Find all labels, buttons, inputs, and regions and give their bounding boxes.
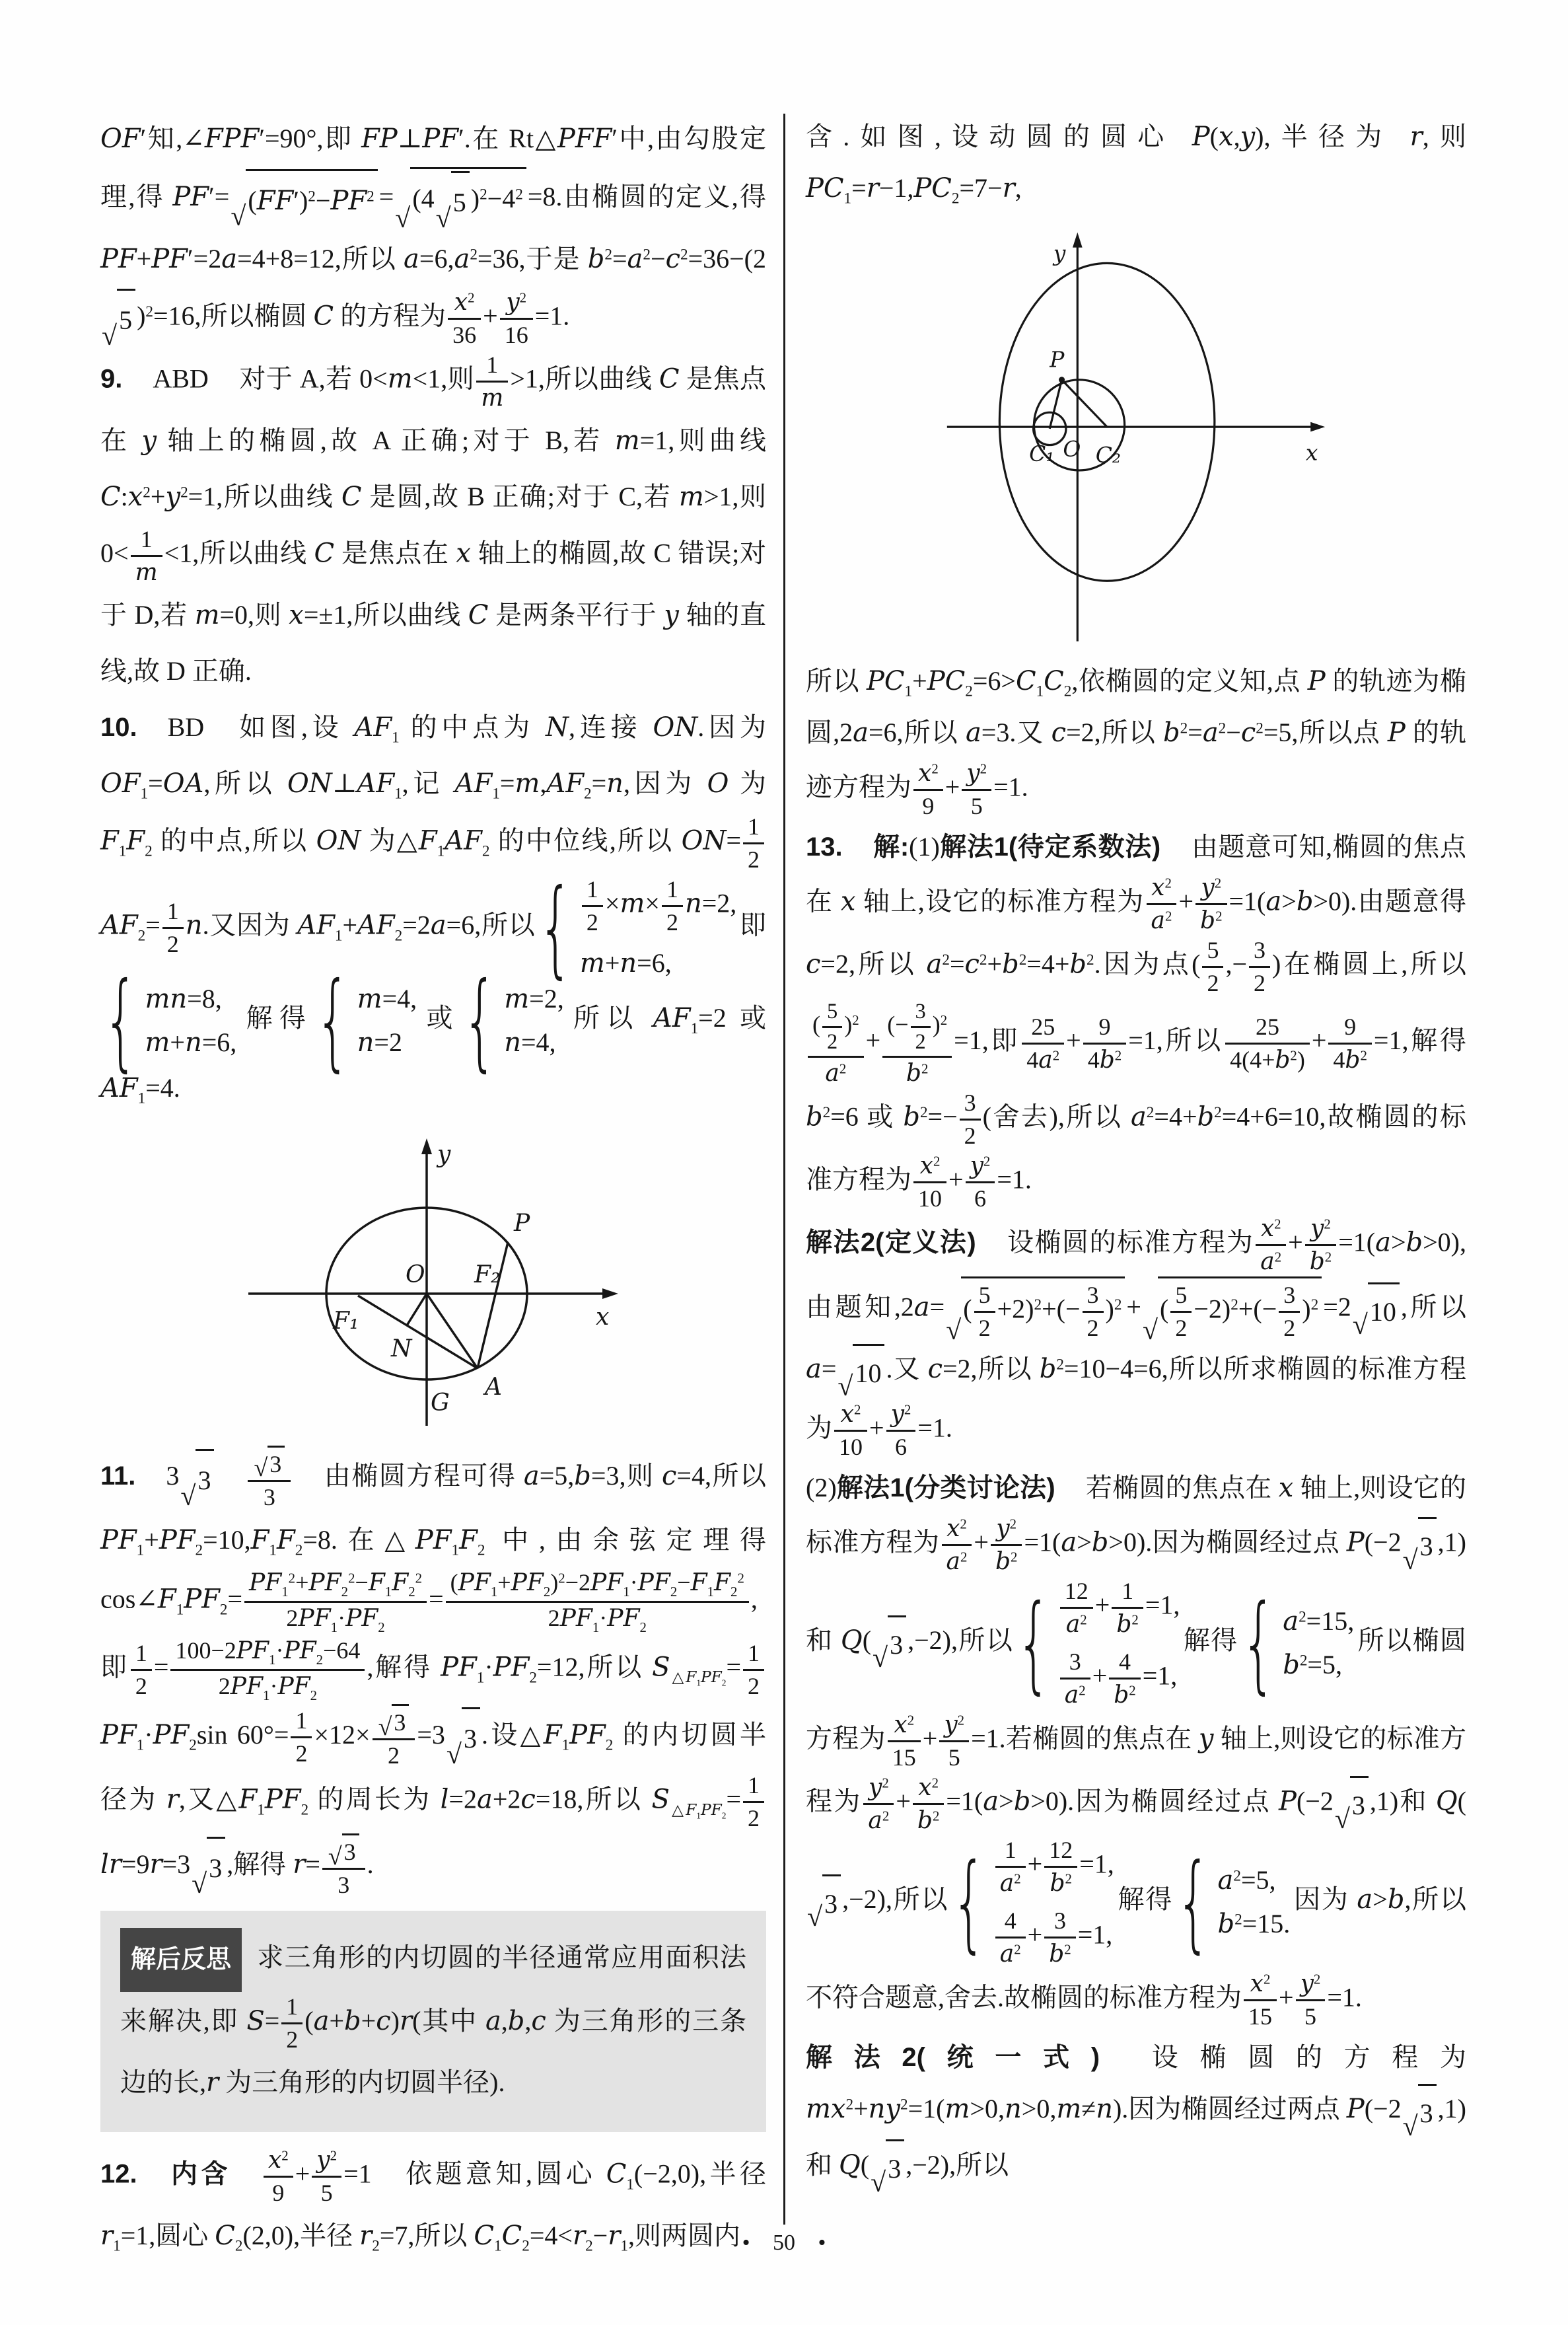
reflection-label: 解后反思 [120,1928,242,1992]
y-axis-arrow-icon [421,1138,432,1154]
x-axis-arrow-icon [1310,422,1325,432]
solution-13-part1-method1: 13.解:(1)解法1(待定系数法)由题意可知,椭圆的焦点在 x 轴上,设它的标… [806,821,1466,1214]
label-g: G [431,1389,450,1417]
label-o: O [1063,436,1081,462]
label-c2: C₂ [1096,442,1121,468]
label-y: y [436,1141,451,1168]
label-c1: C₁ [1029,441,1054,466]
label-p: P [1049,347,1065,373]
label-o: O [406,1261,425,1288]
reflection-box: 解后反思求三角形的内切圆的半径通常应用面积法来解决,即 S=12(a+b+c)r… [100,1911,766,2131]
segment-p-c2 [1062,380,1108,427]
solution-9: 9.ABD对于 A,若 0<m<1,则1m>1,所以曲线 C 是焦点在 y 轴上… [100,350,766,700]
y-axis-arrow-icon [1073,233,1083,248]
column-divider [783,114,785,2225]
solution-11: 11.3√3√33由椭圆方程可得 a=5,b=3,则 c=4,所以 PF1+PF… [100,1445,766,1900]
solution-12-continuation: 含.如图,设动圆的圆心 P(x,y),半径为 r,则 PC1=r−1,PC2=7… [806,111,1466,214]
segment-o-n [407,1294,427,1325]
solution-12-locus: 所以 PC1+PC2=6>C1C2,依椭圆的定义知,点 P 的轨迹为椭圆,2a=… [806,655,1466,821]
label-x: x [596,1304,609,1331]
label-f1: F₁ [332,1308,359,1335]
left-column: OF′知,∠FPF′=90°,即 FP⊥PF′.在 Rt△PFF′中,由勾股定理… [100,111,766,2264]
figure-two-circles: y x P C₁ O C₂ [931,223,1341,646]
textbook-answer-page: OF′知,∠FPF′=90°,即 FP⊥PF′.在 Rt△PFF′中,由勾股定理… [0,0,1568,2325]
solution-8-continuation: OF′知,∠FPF′=90°,即 FP⊥PF′.在 Rt△PFF′中,由勾股定理… [100,111,766,350]
label-a: A [483,1374,502,1401]
x-axis-arrow-icon [602,1288,618,1299]
figure-ellipse-triangle: y x O F₂ F₁ N A G P [229,1125,638,1436]
label-n: N [390,1335,413,1362]
right-column: 含.如图,设动圆的圆心 P(x,y),半径为 r,则 PC1=r−1,PC2=7… [806,111,1466,2195]
page-number: • 50 • [0,2231,1568,2256]
label-x: x [1306,439,1318,465]
solution-10: 10.BD如图,设 AF1 的中点为 N,连接 ON.因为 OF1=OA,所以 … [100,700,766,1116]
label-p: P [513,1210,530,1237]
segment-o-a [427,1294,478,1368]
outer-circle-c2 [999,263,1214,581]
solution-13-part2-method1: (2)解法1(分类讨论法)若椭圆的焦点在 x 轴上,则设它的标准方程为x2a2+… [806,1462,1466,2032]
label-y: y [1052,240,1066,266]
label-f2: F₂ [474,1261,500,1288]
solution-13-part1-method2: 解法2(定义法)设椭圆的标准方程为x2a2+y2b2=1(a>b>0),由题知,… [806,1214,1466,1462]
solution-13-part2-method2: 解法2(统一式)设椭圆的方程为 mx2+ny2=1(m>0,n>0,m≠n).因… [806,2032,1466,2196]
